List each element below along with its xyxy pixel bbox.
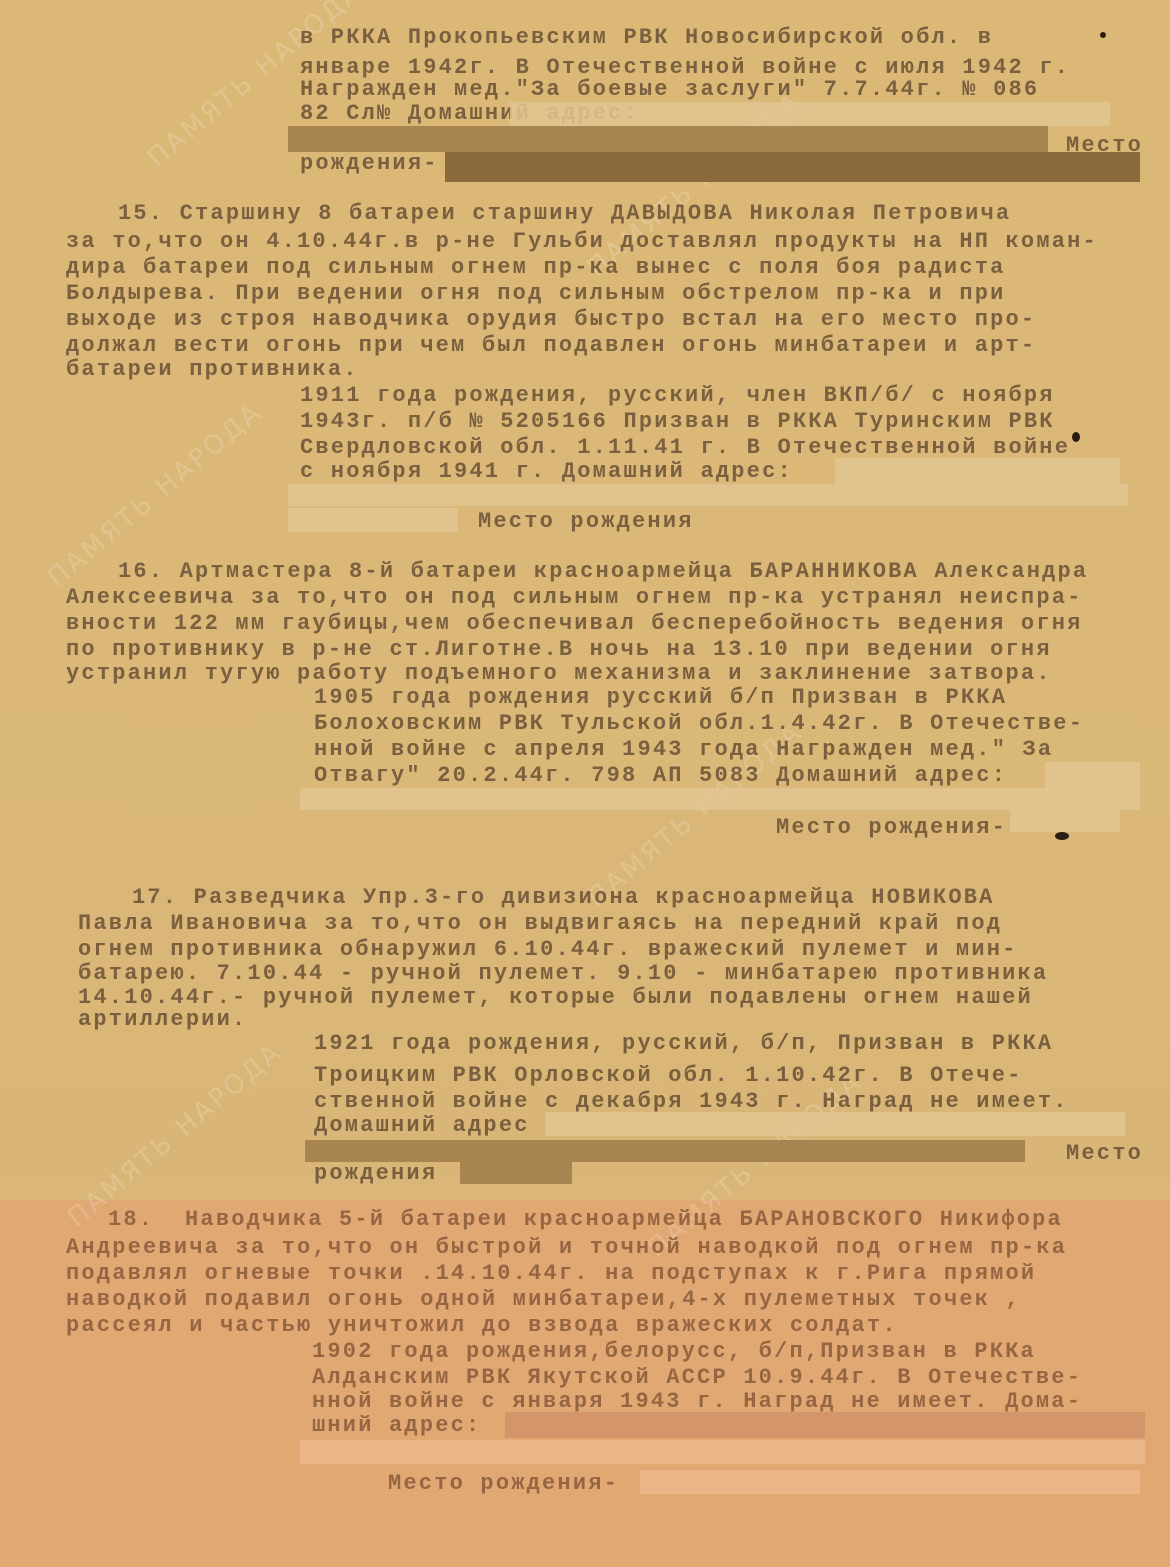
text-line: выходе из строя наводчика орудия быстро … <box>66 308 1036 332</box>
text-line: по противнику в р-не ст.Лиготне.В ночь н… <box>66 638 1052 662</box>
bio-line: Алданским РВК Якутской АССР 10.9.44г. В … <box>312 1366 1082 1390</box>
bio-line: с ноября 1941 г. Домашний адрес: <box>300 460 793 484</box>
text-line: вности 122 мм гаубицы,чем обеспечивал бе… <box>66 612 1083 636</box>
bio-line: 1902 года рождения,белорусс, б/п,Призван… <box>312 1340 1036 1364</box>
text-line: должал вести огонь при чем был подавлен … <box>66 334 1036 358</box>
text-line: подавлял огневые точки .14.10.44г. на по… <box>66 1262 1036 1286</box>
text-line: огнем противника обнаружил 6.10.44г. вра… <box>78 938 1018 962</box>
bio-line: Отвагу" 20.2.44г. 798 АП 5083 Домашний а… <box>314 764 1007 788</box>
redaction-bar <box>460 1162 572 1184</box>
redaction-bar <box>305 1140 1025 1162</box>
redaction-bar <box>505 1412 1145 1438</box>
redaction-bar <box>640 1470 1140 1494</box>
birthplace-label: Место рождения- <box>388 1472 619 1496</box>
text-line: 17. Разведчика Упр.3-го дивизиона красно… <box>132 886 995 910</box>
bio-line: нной войне с апреля 1943 года Награжден … <box>314 738 1053 762</box>
bio-line: 1921 года рождения, русский, б/п, Призва… <box>314 1032 1053 1056</box>
redaction-bar <box>288 508 458 532</box>
text-line: устранил тугую работу подъемного механиз… <box>66 662 1052 686</box>
bio-line: Троицким РВК Орловской обл. 1.10.42г. В … <box>314 1064 1023 1088</box>
text-line: 18. Наводчика 5-й батареи красноармейца … <box>108 1208 1063 1232</box>
bio-line: ственной войне с декабря 1943 г. Наград … <box>314 1090 1069 1114</box>
ink-speck <box>1055 832 1069 840</box>
bio-line: 1905 года рождения русский б/п Призван в… <box>314 686 1007 710</box>
text-line: Алексеевича за то,что он под сильным огн… <box>66 586 1083 610</box>
redaction-bar <box>288 126 1048 152</box>
birthplace-label: Место рождения- <box>776 816 1007 840</box>
redaction-bar <box>288 484 1128 506</box>
ink-speck <box>1072 432 1080 442</box>
text-line: артиллерии. <box>78 1008 247 1032</box>
bio-line: Домашний адрес <box>314 1114 530 1138</box>
text-line: Награжден мед."За боевые заслуги" 7.7.44… <box>300 78 1039 102</box>
text-line: Павла Ивановича за то,что он выдвигаясь … <box>78 912 1002 936</box>
bio-line: 1911 года рождения, русский, член ВКП/б/… <box>300 384 1055 408</box>
redaction-bar <box>1010 810 1120 832</box>
redaction-bar <box>510 102 1110 126</box>
text-line: 15. Старшину 8 батареи старшину ДАВЫДОВА… <box>118 202 1011 226</box>
text-line: батареи противника. <box>66 358 359 382</box>
text-line: дира батареи под сильным огнем пр-ка вын… <box>66 256 1006 280</box>
birthplace-label: Место <box>1066 1142 1143 1166</box>
text-line: 16. Артмастера 8-й батареи красноармейца… <box>118 560 1088 584</box>
birthplace-label: Место рождения <box>478 510 694 534</box>
text-line: батарею. 7.10.44 - ручной пулемет. 9.10 … <box>78 962 1048 986</box>
redaction-bar <box>545 1112 1125 1136</box>
bio-line: нной войне с января 1943 г. Наград не им… <box>312 1390 1082 1414</box>
document-page: ПАМЯТЬ НАРОДА ПАМЯТЬ НАРОДА ПАМЯТЬ НАРОД… <box>0 0 1170 1567</box>
text-line: наводкой подавил огонь одной минбатареи,… <box>66 1288 1021 1312</box>
redaction-bar <box>1045 762 1140 788</box>
bio-line: Болоховским РВК Тульской обл.1.4.42г. В … <box>314 712 1084 736</box>
bio-line: шний адрес: <box>312 1414 481 1438</box>
redaction-bar <box>300 1440 1145 1464</box>
bio-line: Свердловской обл. 1.11.41 г. В Отечестве… <box>300 436 1070 460</box>
text-line: в РККА Прокопьевским РВК Новосибирской о… <box>300 26 993 50</box>
redaction-bar <box>445 152 1140 182</box>
text-line: за то,что он 4.10.44г.в р-не Гульби дост… <box>66 230 1098 254</box>
bio-line: 1943г. п/б № 5205166 Призван в РККА Тури… <box>300 410 1055 434</box>
text-line: Болдырева. При ведении огня под сильным … <box>66 282 1006 306</box>
birthplace-label: рождения <box>314 1162 437 1186</box>
redaction-bar <box>300 788 1140 810</box>
birthplace-label: рождения- <box>300 152 439 176</box>
text-line: рассеял и частью уничтожил до взвода вра… <box>66 1314 898 1338</box>
text-line: Андреевича за то,что он быстрой и точной… <box>66 1236 1067 1260</box>
ink-speck <box>1100 32 1106 38</box>
redaction-bar <box>835 458 1120 484</box>
